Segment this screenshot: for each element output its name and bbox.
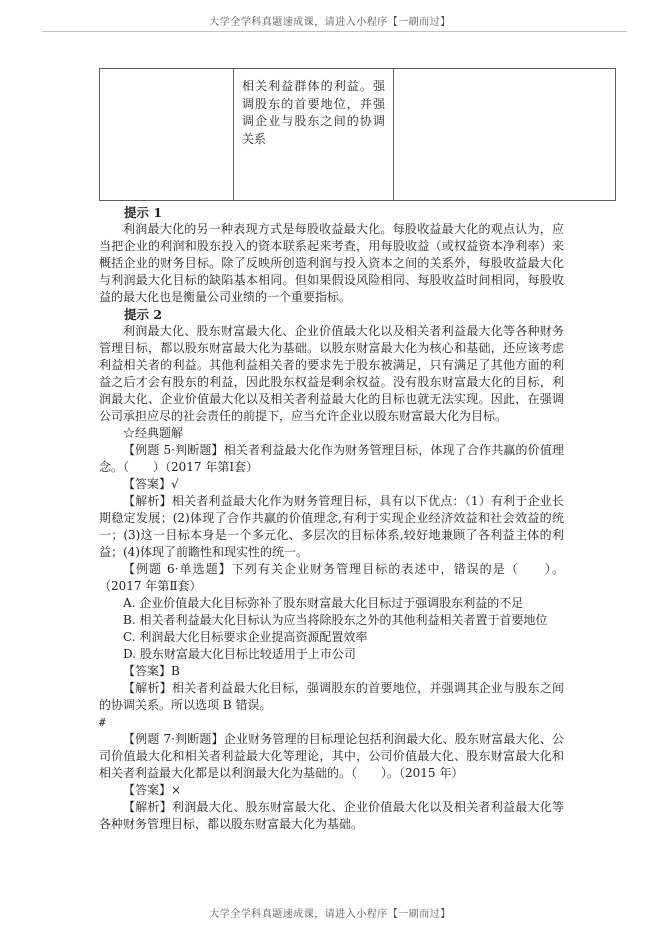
example7-analysis: 【解析】利润最大化、股东财富最大化、企业价值最大化以及相关者利益最大化等各种财务… [99,799,564,833]
tip1-body: 利润最大化的另一种表现方式是每股收益最大化。每股收益最大化的观点认为，应当把企业… [99,221,564,306]
classic-examples-title: ☆经典题解 [99,425,564,442]
example7-answer: 【答案】× [99,782,564,799]
footer-text: 大学全学科真题速成课，请进入小程序【一刷而过】 [209,909,451,920]
page-footer: 大学全学科真题速成课，请进入小程序【一刷而过】 [0,905,660,920]
example5-stem: 【例题 5·判断题】相关者利益最大化作为财务管理目标，体现了合作共赢的价值理念。… [99,442,564,476]
example7-stem: 【例题 7·判断题】企业财务管理的目标理论包括利润最大化、股东财富最大化、公司价… [99,731,564,782]
table-cell-right-empty [394,69,616,201]
table-row: 相关利益群体的利益。强调股东的首要地位，并强调企业与股东之间的协调关系 [100,69,616,201]
example5-analysis: 【解析】相关者利益最大化作为财务管理目标，具有以下优点：（1）有利于企业长期稳定… [99,493,564,561]
header-divider [42,31,627,32]
tip1-heading: 提示 1 [99,204,564,221]
example5-answer: 【答案】√ [99,476,564,493]
example6-option-c: C. 利润最大化目标要求企业提高资源配置效率 [99,629,564,646]
tip2-body: 利润最大化、股东财富最大化、企业价值最大化以及相关者利益最大化等各种财务管理目标… [99,323,564,425]
table-cell-left-empty [100,69,234,201]
comparison-table: 相关利益群体的利益。强调股东的首要地位，并强调企业与股东之间的协调关系 [99,68,616,201]
document-content: 相关利益群体的利益。强调股东的首要地位，并强调企业与股东之间的协调关系 提示 1… [99,68,564,833]
tip2-heading: 提示 2 [99,306,564,323]
header-text: 大学全学科真题速成课，请进入小程序【一刷而过】 [209,17,451,28]
table-cell-stakeholder-text: 相关利益群体的利益。强调股东的首要地位，并强调企业与股东之间的协调关系 [234,69,394,201]
example6-option-d: D. 股东财富最大化目标比较适用于上市公司 [99,646,564,663]
example6-option-a: A. 企业价值最大化目标弥补了股东财富最大化目标过于强调股东利益的不足 [99,595,564,612]
example6-analysis: 【解析】相关者利益最大化目标，强调股东的首要地位，并强调其企业与股东之间的协调关… [99,680,564,714]
example6-answer: 【答案】B [99,663,564,680]
section-separator-hash: # [99,714,564,731]
page-header: 大学全学科真题速成课，请进入小程序【一刷而过】 [0,13,660,28]
example6-stem: 【例题 6·单选题】下列有关企业财务管理目标的表述中，错误的是（ ）。（2017… [99,561,564,595]
example6-option-b: B. 相关者利益最大化目标认为应当将除股东之外的其他利益相关者置于首要地位 [99,612,564,629]
document-page: 大学全学科真题速成课，请进入小程序【一刷而过】 相关利益群体的利益。强调股东的首… [0,0,660,934]
